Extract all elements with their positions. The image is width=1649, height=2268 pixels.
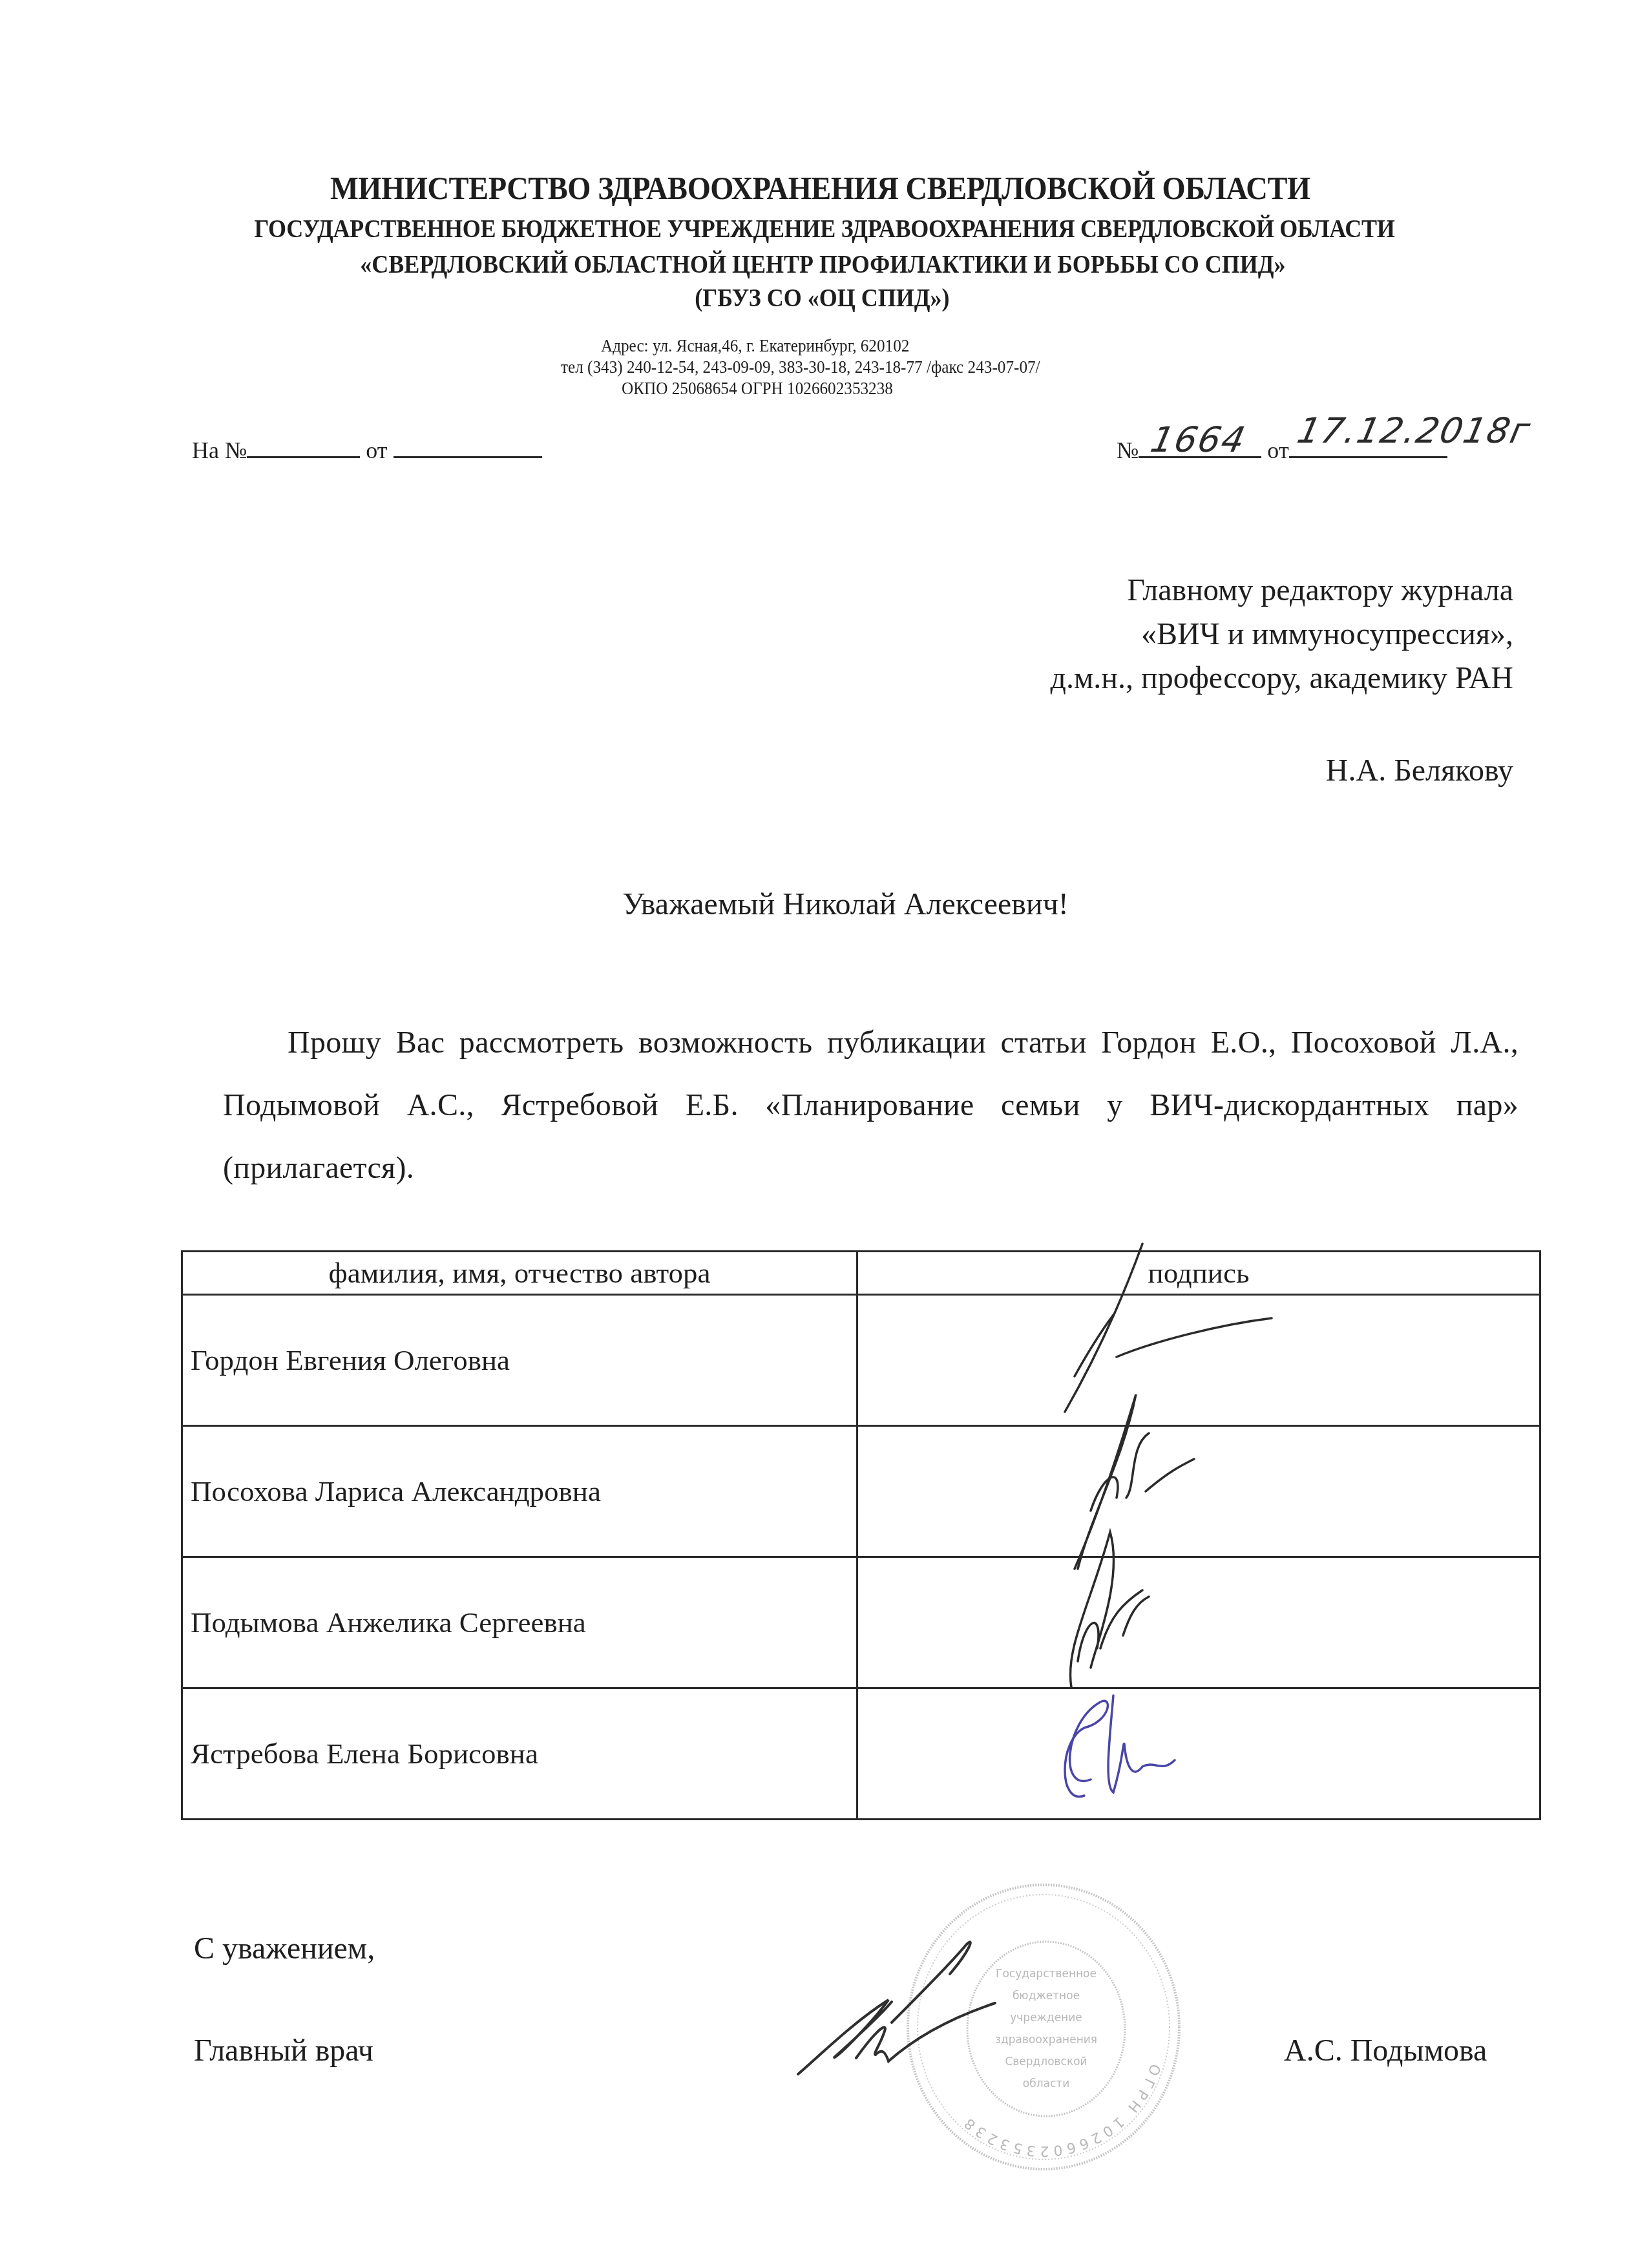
phone-line: тел (343) 240-12-54, 243-09-09, 383-30-1…: [561, 357, 1040, 378]
table-row: Гордон Евгения Олеговна: [182, 1295, 1540, 1426]
author-name-cell: Гордон Евгения Олеговна: [182, 1295, 857, 1426]
stamp-line: учреждение: [1010, 2011, 1082, 2024]
column-header-author: фамилия, имя, отчество автора: [182, 1252, 857, 1295]
handwritten-signature: [1052, 1683, 1285, 1825]
handwritten-signature: [1052, 1551, 1285, 1694]
institution-heading: ГОСУДАРСТВЕННОЕ БЮДЖЕТНОЕ УЧРЕЖДЕНИЕ ЗДР…: [83, 213, 1567, 244]
author-name-cell: Ястребова Елена Борисовна: [182, 1688, 857, 1820]
author-name-cell: Посохова Лариса Александровна: [182, 1426, 857, 1557]
signer-position: Главный врач: [194, 2033, 373, 2068]
table-row: Ястребова Елена Борисовна: [182, 1688, 1540, 1820]
outgoing-number-field: 1664: [1139, 437, 1261, 458]
incoming-reference: На № от: [192, 437, 542, 464]
letter-body: Прошу Вас рассмотреть возможность публик…: [223, 1011, 1518, 1199]
addressee-line: «ВИЧ и иммуносупрессия»,: [1051, 613, 1513, 656]
handwritten-signature: [1052, 1420, 1285, 1562]
table-row: Посохова Лариса Александровна: [182, 1426, 1540, 1557]
table-header-row: фамилия, имя, отчество автора подпись: [182, 1252, 1540, 1295]
addressee-line: Главному редактору журнала: [1051, 569, 1513, 613]
closing-regards: С уважением,: [194, 1931, 375, 1966]
chief-doctor-signature: [795, 1926, 1002, 2081]
signature-cell: [857, 1688, 1540, 1820]
table-row: Подымова Анжелика Сергеевна: [182, 1557, 1540, 1688]
outgoing-date-label: от: [1267, 437, 1288, 463]
outgoing-date-field: 17.12.2018г: [1289, 437, 1447, 458]
stamp-line: бюджетное: [1013, 1990, 1080, 2002]
outgoing-number-value: 1664: [1148, 419, 1250, 460]
stamp-line: Государственное: [996, 1968, 1097, 1980]
outgoing-reference: №1664 от17.12.2018г: [1117, 437, 1447, 464]
incoming-date-label: от: [366, 437, 387, 463]
signature-cell: [857, 1426, 1540, 1557]
incoming-number-label: На №: [192, 437, 247, 463]
address-line: Адрес: ул. Ясная,46, г. Екатеринбург, 62…: [601, 336, 909, 357]
recipient-name: Н.А. Белякову: [1326, 753, 1513, 788]
registry-codes: ОКПО 25068654 ОГРН 1026602353238: [622, 379, 893, 399]
outgoing-date-value: 17.12.2018г: [1294, 410, 1535, 451]
handwritten-signature: [1052, 1289, 1285, 1431]
stamp-center-text: Государственноебюджетноеучреждениездраво…: [995, 1968, 1097, 2090]
stamp-line: области: [1023, 2077, 1069, 2090]
stamp-line: здравоохранения: [995, 2033, 1097, 2046]
signature-cell: [857, 1557, 1540, 1688]
author-name-cell: Подымова Анжелика Сергеевна: [182, 1557, 857, 1688]
authors-table: фамилия, имя, отчество автора подпись Го…: [181, 1250, 1541, 1820]
signer-name: А.С. Подымова: [1284, 2033, 1487, 2068]
incoming-number-field: [247, 437, 360, 458]
ministry-heading: МИНИСТЕРСТВО ЗДРАВООХРАНЕНИЯ СВЕРДЛОВСКО…: [54, 169, 1587, 207]
addressee-line: д.м.н., профессору, академику РАН: [1051, 656, 1513, 700]
column-header-signature: подпись: [857, 1252, 1540, 1295]
signature-cell: [857, 1295, 1540, 1426]
stamp-line: Свердловской: [1005, 2055, 1087, 2068]
addressee-block: Главному редактору журнала «ВИЧ и иммуно…: [1051, 569, 1513, 700]
center-heading: «СВЕРДЛОВСКИЙ ОБЛАСТНОЙ ЦЕНТР ПРОФИЛАКТИ…: [81, 249, 1565, 279]
salutation: Уважаемый Николай Алексеевич!: [0, 887, 1649, 922]
short-name-heading: (ГБУЗ СО «ОЦ СПИД»): [80, 282, 1564, 313]
outgoing-number-label: №: [1117, 437, 1139, 463]
incoming-date-field: [394, 437, 542, 458]
